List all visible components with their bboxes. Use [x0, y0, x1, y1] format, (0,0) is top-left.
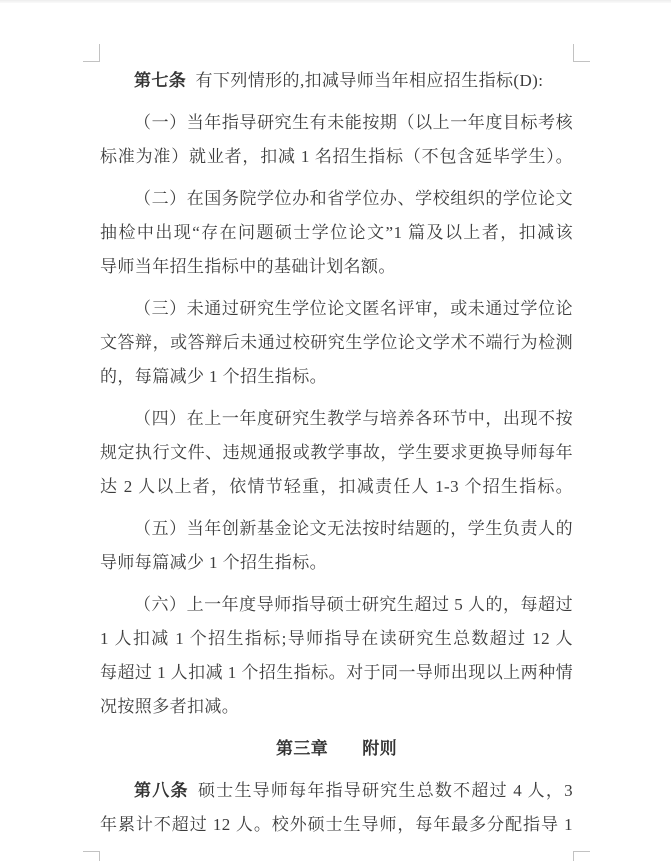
clause-1: （一）当年指导研究生有未能按期（以上一年度目标考核 标准为准）就业者，扣减 1 …: [100, 106, 573, 174]
clause-4-line-1: （四）在上一年度研究生教学与培养各环节中，出现不按: [100, 402, 573, 436]
article-7-intro: 有下列情形的,扣减导师当年相应招生指标(D):: [196, 71, 544, 90]
article-7: 第七条有下列情形的,扣减导师当年相应招生指标(D):: [100, 64, 573, 98]
clause-6-line-4: 况按照多者扣减。: [100, 690, 573, 724]
chapter-3-heading: 第三章附则: [100, 732, 573, 766]
clause-4: （四）在上一年度研究生教学与培养各环节中，出现不按 规定执行文件、违规通报或教学…: [100, 402, 573, 504]
clause-4-line-3: 达 2 人以上者，依情节轻重，扣减责任人 1-3 个招生指标。: [100, 470, 573, 504]
clause-3-line-1: （三）未通过研究生学位论文匿名评审，或未通过学位论: [100, 292, 573, 326]
clause-1-line-1: （一）当年指导研究生有未能按期（以上一年度目标考核: [100, 106, 573, 140]
clause-5: （五）当年创新基金论文无法按时结题的，学生负责人的 导师每篇减少 1 个招生指标…: [100, 512, 573, 580]
article-7-label: 第七条: [134, 71, 186, 90]
clause-6-line-1: （六）上一年度导师指导硕士研究生超过 5 人的，每超过: [100, 588, 573, 622]
article-8: 第八条硕士生导师每年指导研究生总数不超过 4 人，3 年累计不超过 12 人。校…: [100, 774, 573, 842]
article-8-line-1: 第八条硕士生导师每年指导研究生总数不超过 4 人，3: [100, 774, 573, 808]
clause-2-line-3: 导师当年招生指标中的基础计划名额。: [100, 250, 573, 284]
article-8-line-1-text: 硕士生导师每年指导研究生总数不超过 4 人，3: [198, 781, 573, 800]
clause-5-line-2: 导师每篇减少 1 个招生指标。: [100, 546, 573, 580]
clause-2-line-1: （二）在国务院学位办和省学位办、学校组织的学位论文: [100, 182, 573, 216]
crop-mark-bottom-right: [573, 851, 590, 861]
clause-2: （二）在国务院学位办和省学位办、学校组织的学位论文 抽检中出现“存在问题硕士学位…: [100, 182, 573, 284]
clause-1-line-2: 标准为准）就业者，扣减 1 名招生指标（不包含延毕学生）。: [100, 140, 573, 174]
crop-mark-top-left: [83, 44, 100, 62]
clause-4-line-2: 规定执行文件、违规通报或教学事故，学生要求更换导师每年: [100, 436, 573, 470]
clause-3-line-2: 文答辩，或答辩后未通过校研究生学位论文学术不端行为检测: [100, 326, 573, 360]
clause-3: （三）未通过研究生学位论文匿名评审，或未通过学位论 文答辩，或答辩后未通过校研究…: [100, 292, 573, 394]
clause-3-line-3: 的，每篇减少 1 个招生指标。: [100, 360, 573, 394]
article-8-line-2: 年累计不超过 12 人。校外硕士生导师，每年最多分配指导 1: [100, 808, 573, 842]
document-body: 第七条有下列情形的,扣减导师当年相应招生指标(D): （一）当年指导研究生有未能…: [100, 64, 573, 850]
chapter-3-title: 附则: [362, 739, 397, 758]
clause-5-line-1: （五）当年创新基金论文无法按时结题的，学生负责人的: [100, 512, 573, 546]
clause-6-line-2: 1 人扣减 1 个招生指标;导师指导在读研究生总数超过 12 人的，: [100, 622, 573, 656]
article-8-label: 第八条: [134, 781, 189, 800]
clause-6-line-3: 每超过 1 人扣减 1 个招生指标。对于同一导师出现以上两种情: [100, 656, 573, 690]
clause-6: （六）上一年度导师指导硕士研究生超过 5 人的，每超过 1 人扣减 1 个招生指…: [100, 588, 573, 724]
page-top-edge: [0, 0, 671, 3]
article-7-heading-line: 第七条有下列情形的,扣减导师当年相应招生指标(D):: [100, 64, 573, 98]
crop-mark-bottom-left: [83, 851, 100, 861]
clause-2-line-2: 抽检中出现“存在问题硕士学位论文”1 篇及以上者，扣减该: [100, 216, 573, 250]
crop-mark-top-right: [573, 44, 590, 62]
chapter-3-number: 第三章: [276, 739, 328, 758]
